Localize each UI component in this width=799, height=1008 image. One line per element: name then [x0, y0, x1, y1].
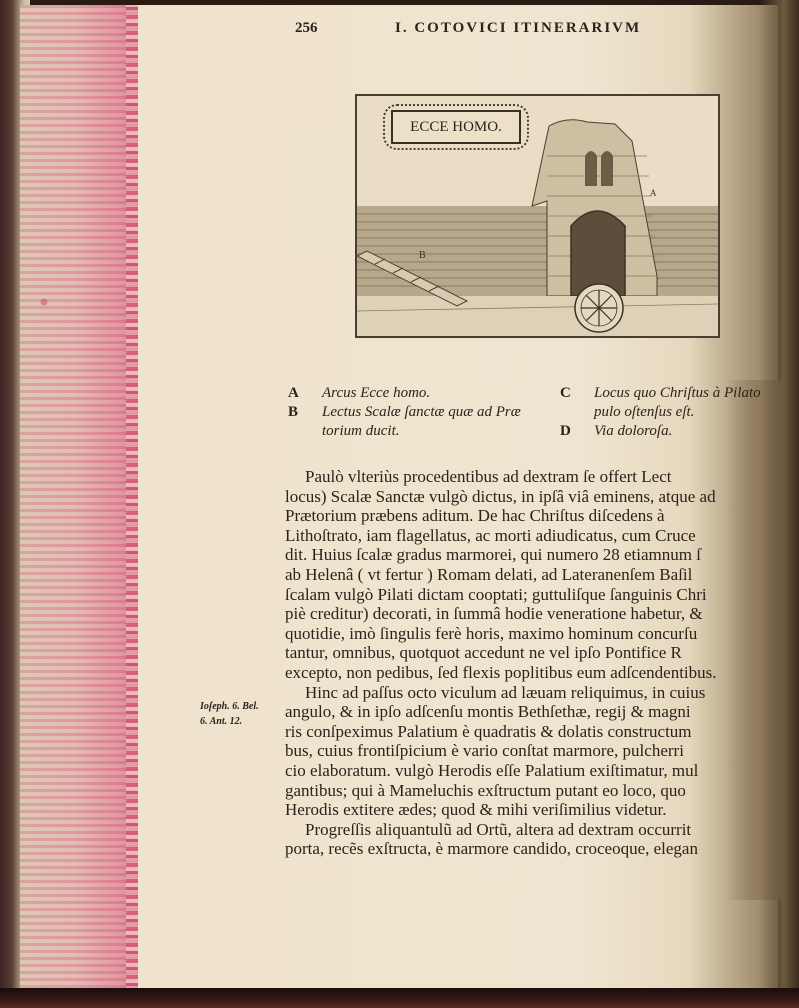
page-number: 256	[295, 20, 318, 37]
text-line: ſcalam vulgò Pilati dictam cooptati; gut…	[285, 585, 755, 605]
legend-text: torium ducit.	[322, 423, 400, 439]
text-line: ris conſpeximus Palatium è quadratis & d…	[285, 722, 755, 742]
ecce-homo-engraving: B A ECCE HOMO.	[355, 94, 720, 338]
text-line: ab Helenâ ( vt fertur ) Romam delati, ad…	[285, 565, 755, 585]
text-line: excepto, non pedibus, ſed flexis popliti…	[285, 663, 755, 683]
text-line: Herodis extitere ædes; quod & mihi veriſ…	[285, 800, 755, 820]
legend-item-c-cont: pulo oſtenſus eſt.	[594, 404, 694, 421]
legend-item-a: AArcus Ecce homo.	[288, 385, 430, 402]
book-binding-right	[760, 0, 799, 1008]
text-line: quotidie, imò ſingulis ferè horis, maxim…	[285, 624, 755, 644]
text-line: cio elaboratum. vulgò Herodis eſſe Palat…	[285, 761, 755, 781]
text-line: tantur, omnibus, quotquot accedunt ne ve…	[285, 643, 755, 663]
red-speckled-fore-edge	[20, 5, 140, 995]
legend-text: Via doloroſa.	[594, 423, 672, 439]
text-line: piè creditur) decorati, in ſummâ hodie v…	[285, 604, 755, 624]
text-line: dit. Huius ſcalæ gradus marmorei, qui nu…	[285, 545, 755, 565]
legend-text: pulo oſtenſus eſt.	[594, 404, 694, 420]
text-line: locus) Scalæ Sanctæ vulgò dictus, in ipſ…	[285, 487, 755, 507]
legend-text: Arcus Ecce homo.	[322, 385, 430, 401]
legend-item-d: DVia doloroſa.	[560, 423, 672, 440]
running-title: I. COTOVICI ITINERARIVM	[395, 20, 641, 37]
text-line: Lithoſtrato, iam flagellatus, ac morti a…	[285, 526, 755, 546]
legend-key: C	[560, 385, 594, 402]
legend-key: A	[288, 385, 322, 402]
svg-text:B: B	[419, 250, 426, 261]
svg-text:A: A	[650, 188, 657, 198]
citation-line: 6. Ant. 12.	[200, 714, 259, 729]
book-scan: 256 I. COTOVICI ITINERARIVM	[0, 0, 799, 1008]
ecce-homo-cartouche: ECCE HOMO.	[391, 110, 521, 144]
legend-text: Locus quo Chriſtus à Pilato	[594, 385, 761, 401]
text-line: bus, cuius frontiſpicium è vario conſtat…	[285, 741, 755, 761]
text-line: Prætorium præbens aditum. De hac Chriſtu…	[285, 506, 755, 526]
body-text: Paulò vlteriùs procedentibus ad dextram …	[285, 467, 755, 859]
legend-key: B	[288, 404, 322, 421]
legend-item-b: BLectus Scalæ ſanctæ quæ ad Præ	[288, 404, 521, 421]
legend-item-b-cont: torium ducit.	[322, 423, 400, 440]
text-line: Progreſſis aliquantulũ ad Ortũ, altera a…	[285, 820, 755, 840]
text-line: Hinc ad paſſus octo viculum ad læuam rel…	[285, 683, 755, 703]
legend-text: Lectus Scalæ ſanctæ quæ ad Præ	[322, 404, 521, 420]
text-line: angulo, & in ipſo adſcenſu montis Bethſe…	[285, 702, 755, 722]
legend-key: D	[560, 423, 594, 440]
legend-item-c: CLocus quo Chriſtus à Pilato	[560, 385, 761, 402]
citation-line: Ioſeph. 6. Bel.	[200, 699, 259, 714]
book-bottom-edge	[0, 988, 799, 1008]
margin-citation: Ioſeph. 6. Bel. 6. Ant. 12.	[200, 699, 259, 729]
text-line: porta, recẽs exſtructa, è marmore candid…	[285, 839, 755, 859]
text-line: Paulò vlteriùs procedentibus ad dextram …	[285, 467, 755, 487]
cartouche-label: ECCE HOMO.	[410, 119, 502, 136]
text-line: gantibus; qui à Mameluchis exſtructum pu…	[285, 781, 755, 801]
